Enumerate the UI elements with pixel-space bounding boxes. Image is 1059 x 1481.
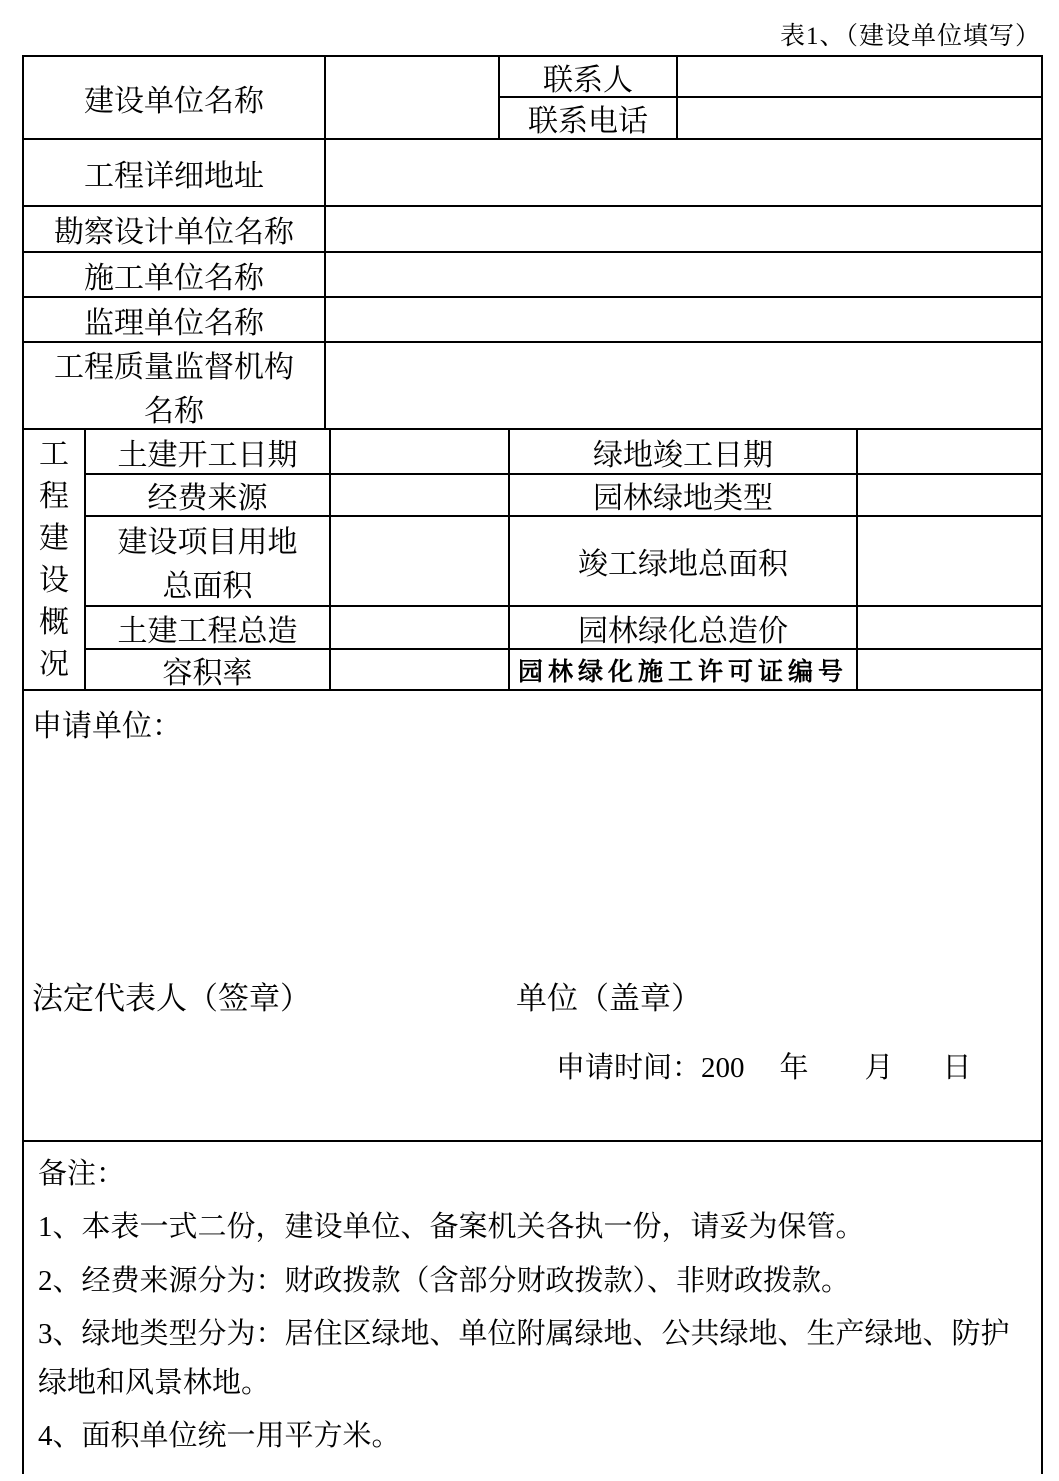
project-overview-section: 工程建设概况 土建开工日期 绿地竣工日期 经费来源 园林绿地类型 建设项目用地总… <box>24 430 1041 689</box>
construction-company-label: 施工单位名称 <box>24 253 324 296</box>
civil-total-cost-value-cell[interactable] <box>331 607 508 648</box>
landscaping-total-cost-value-cell[interactable] <box>858 607 1041 648</box>
green-type-value-cell[interactable] <box>858 475 1041 515</box>
completed-green-area-label: 竣工绿地总面积 <box>510 517 856 605</box>
contact-person-value-cell[interactable] <box>678 57 1041 96</box>
applicant-unit-label: 申请单位： <box>32 701 182 745</box>
application-time-label: 申请时间：200 <box>556 1052 745 1084</box>
supervision-unit-value-cell[interactable] <box>326 298 1041 341</box>
civil-start-date-label: 土建开工日期 <box>86 430 329 473</box>
funding-source-value-cell[interactable] <box>331 475 508 515</box>
landscaping-total-cost-label: 园林绿化总造价 <box>510 607 856 648</box>
unit-info-section: 建设单位名称 联系人 联系电话 工程详细地址 <box>24 57 1041 205</box>
project-land-area-value-cell[interactable] <box>331 517 508 605</box>
landscaping-permit-number-label: 园林绿化施工许可证编号 <box>510 650 856 689</box>
form-page: 表1、（建设单位填写） 建设单位名称 联系人 联系电话 工程详细地址 勘察设计单… <box>0 0 1059 1481</box>
month-label: 月 <box>865 1052 894 1084</box>
contact-person-label: 联系人 <box>500 57 676 96</box>
civil-total-cost-label: 土建工程总造 <box>86 607 329 648</box>
project-address-label: 工程详细地址 <box>24 140 324 205</box>
survey-design-unit-value-cell[interactable] <box>326 207 1041 251</box>
note-item-4: 4、面积单位统一用平方米。 <box>38 1412 1027 1461</box>
supervision-unit-label: 监理单位名称 <box>24 298 324 341</box>
green-completion-date-label: 绿地竣工日期 <box>510 430 856 473</box>
project-land-area-label: 建设项目用地总面积 <box>86 517 329 605</box>
civil-start-date-value-cell[interactable] <box>331 430 508 473</box>
completed-green-area-value-cell[interactable] <box>858 517 1041 605</box>
plot-ratio-value-cell[interactable] <box>331 650 508 689</box>
landscaping-permit-number-value-cell[interactable] <box>858 650 1041 689</box>
note-item-3: 3、绿地类型分为：居住区绿地、单位附属绿地、公共绿地、生产绿地、防护绿地和风景林… <box>38 1310 1027 1409</box>
quality-supervision-org-label: 工程质量监督机构名称 <box>24 343 324 428</box>
year-label: 年 <box>780 1052 809 1084</box>
legal-representative-seal-label: 法定代表人（签章） <box>32 973 311 1018</box>
notes-title: 备注： <box>38 1150 1027 1199</box>
green-completion-date-value-cell[interactable] <box>858 430 1041 473</box>
green-type-label: 园林绿地类型 <box>510 475 856 515</box>
funding-source-label: 经费来源 <box>86 475 329 515</box>
application-date-line: 申请时间：200年月日 <box>556 1045 972 1086</box>
project-overview-side-label: 工程建设概况 <box>24 430 84 689</box>
unit-seal-label: 单位（盖章） <box>516 973 702 1018</box>
survey-design-unit-label: 勘察设计单位名称 <box>24 207 324 251</box>
plot-ratio-label: 容积率 <box>86 650 329 689</box>
application-signature-section: 申请单位： 法定代表人（签章） 单位（盖章） 申请时间：200年月日 <box>24 691 1041 1140</box>
construction-unit-label: 建设单位名称 <box>24 57 324 138</box>
project-address-value-cell[interactable] <box>326 140 1041 205</box>
note-item-2: 2、经费来源分为：财政拨款（含部分财政拨款）、非财政拨款。 <box>38 1257 1027 1306</box>
related-units-section: 勘察设计单位名称 施工单位名称 监理单位名称 工程质量监督机构名称 <box>24 207 1041 428</box>
construction-company-value-cell[interactable] <box>326 253 1041 296</box>
note-item-1: 1、本表一式二份，建设单位、备案机关各执一份，请妥为保管。 <box>38 1203 1027 1252</box>
registration-form-table: 建设单位名称 联系人 联系电话 工程详细地址 勘察设计单位名称 施工单位名称 监… <box>22 55 1043 1474</box>
form-title: 表1、（建设单位填写） <box>780 16 1041 52</box>
notes-section: 备注： 1、本表一式二份，建设单位、备案机关各执一份，请妥为保管。 2、经费来源… <box>24 1142 1041 1474</box>
quality-supervision-org-value-cell[interactable] <box>326 343 1041 428</box>
contact-phone-label: 联系电话 <box>500 98 676 138</box>
contact-phone-value-cell[interactable] <box>678 98 1041 138</box>
construction-unit-value-cell[interactable] <box>326 57 498 138</box>
day-label: 日 <box>943 1052 972 1084</box>
